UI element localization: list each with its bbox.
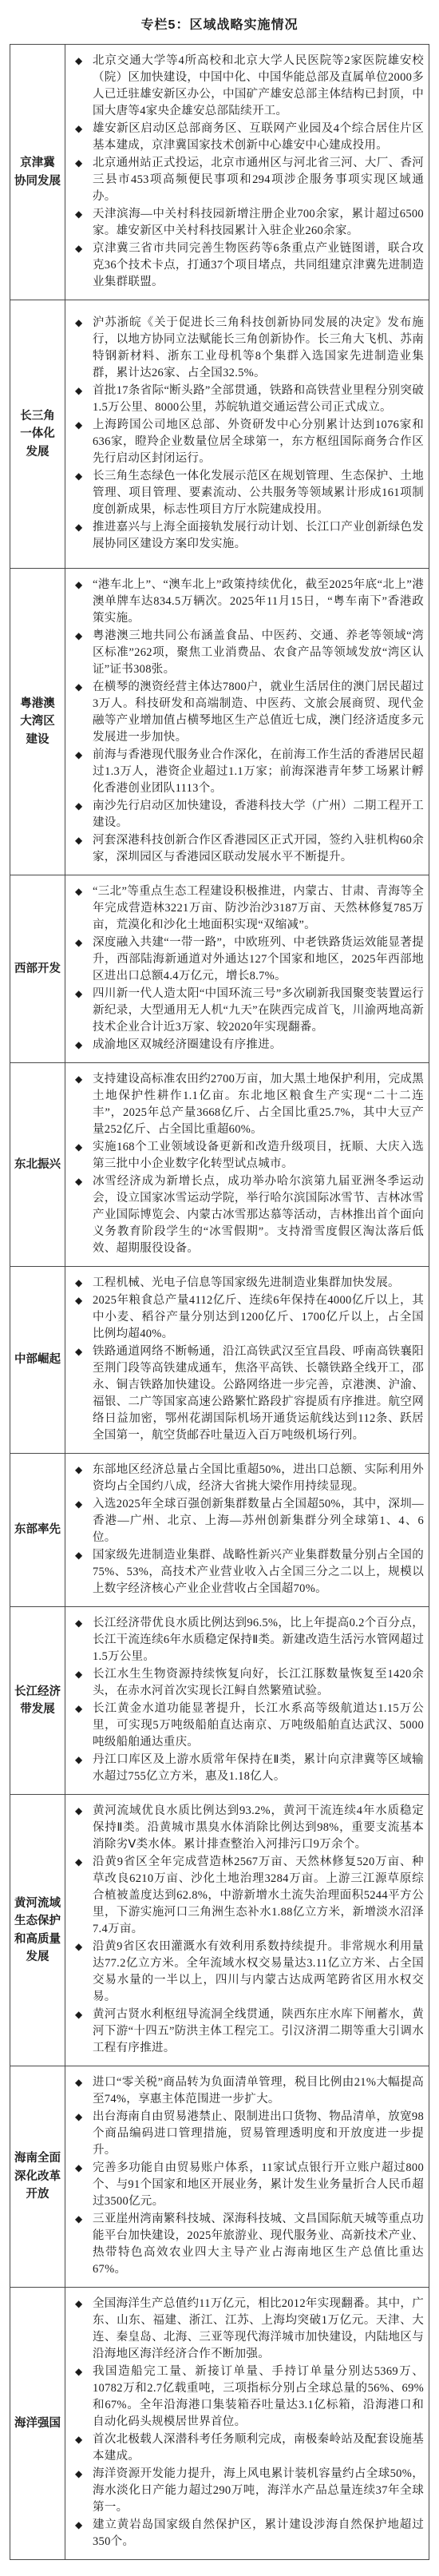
bullet-item: ◆ 铁路通道网络不断畅通，沿江高铁武汉至宜昌段、呼南高铁襄阳至荆门段等高铁建成通…: [72, 1344, 424, 1444]
diamond-bullet-icon: ◆: [72, 417, 93, 434]
diamond-bullet-icon: ◆: [72, 240, 93, 257]
bullet-item: ◆ 海洋资源开发能力提升，海上风电累计装机容量约占全球50%，海水淡化日产能力超…: [72, 2466, 424, 2516]
region-label: 海洋强国: [10, 2288, 65, 2560]
bullet-item: ◆ 北京交通大学等4所高校和北京大学人民医院等2家医院雄安校（院）区加快建设，中…: [72, 53, 424, 120]
bullet-list: ◆ 黄河流域优良水质比例达到93.2%，黄河干流连续4年水质稳定保持Ⅱ类。沿黄城…: [72, 1803, 424, 2057]
bullet-text: 出台海南自由贸易港禁止、限制进出口货物、物品清单，放宽98个商品编码进口管理措施…: [93, 2109, 424, 2159]
bullet-text: 全国海洋生产总值约11万亿元，相比2012年实现翻番。其中，广东、山东、福建、浙…: [93, 2296, 424, 2363]
bullet-text: 四川新一代人造太阳“中国环流三号”多次刷新我国聚变装置运行新纪录，大型通用无人机…: [93, 986, 424, 1036]
table-row: 粤港澳 大湾区 建设 ◆ “港车北上”、“澳车北上”政策持续优化，截至2025年…: [10, 569, 429, 875]
document-page: 专栏5：区域战略实施情况 京津冀 协同发展 ◆ 北京交通大学等4所高校和北京大学…: [0, 14, 439, 2560]
bullet-list: ◆ 东部地区经济总量占全国比重超50%，进出口总额、实际利用外资均占全国约八成，…: [72, 1462, 424, 1598]
diamond-bullet-icon: ◆: [72, 1666, 93, 1683]
table-row: 中部崛起 ◆ 工程机械、光电子信息等国家级先进制造业集群加快发展。 ◆ 2025…: [10, 1267, 429, 1454]
diamond-bullet-icon: ◆: [72, 1462, 93, 1479]
bullet-item: ◆ 东部地区经济总量占全国比重超50%，进出口总额、实际利用外资均占全国约八成，…: [72, 1462, 424, 1495]
bullet-text: 首次北极载人深潜科考任务顺利完成，南极秦岭站及配套设施基本建成。: [93, 2431, 424, 2465]
diamond-bullet-icon: ◆: [72, 679, 93, 696]
bullet-item: ◆ 粤港澳三地共同公布涵盖食品、中医药、交通、养老等领域“湾区标准”262项，聚…: [72, 628, 424, 678]
diamond-bullet-icon: ◆: [72, 798, 93, 815]
bullet-item: ◆ 沿黄9省区农田灌溉水有效利用系数持续提升。非常规水利用量达77.2亿立方米。…: [72, 1939, 424, 2006]
diamond-bullet-icon: ◆: [72, 2364, 93, 2380]
bullet-text: 黄河古贤水利枢纽导流洞全线贯通，陕西东庄水库下闸蓄水，黄河下游“十四五”防洪主体…: [93, 2006, 424, 2057]
diamond-bullet-icon: ◆: [72, 1615, 93, 1632]
table-row: 东北振兴 ◆ 支持建设高标准农田约2700万亩，加大黑土地保护利用，完成黑土地保…: [10, 1063, 429, 1267]
diamond-bullet-icon: ◆: [72, 2431, 93, 2448]
bullet-text: 在横琴的澳资经营主体达7800户，就业生活居住的澳门居民超过3万人。科技研发和高…: [93, 679, 424, 746]
region-label: 黄河流域 生态保护 和高质量 发展: [10, 1795, 65, 2066]
bullet-text: 长江经济带优良水质比例达到96.5%，比上年提高0.2个百分点，长江干流连续6年…: [93, 1615, 424, 1665]
region-content: ◆ 沪苏浙皖《关于促进长三角科技创新协同发展的决定》发布施行，以地方协同立法赋能…: [65, 300, 429, 569]
region-label: 西部开发: [10, 875, 65, 1063]
bullet-text: 沿黄9省区农田灌溉水有效利用系数持续提升。非常规水利用量达77.2亿立方米。全年…: [93, 1939, 424, 2006]
bullet-text: 北京交通大学等4所高校和北京大学人民医院等2家医院雄安校（院）区加快建设，中国中…: [93, 53, 424, 120]
bullet-item: ◆ 完善多功能自由贸易账户体系，11家试点银行开立账户超过800个、与91个国家…: [72, 2160, 424, 2210]
bullet-text: 首批17条省际“断头路”全部贯通，铁路和高铁营业里程分别突破1.5万公里、800…: [93, 383, 424, 416]
region-label: 中部崛起: [10, 1267, 65, 1454]
bullet-text: 国家级先进制造业集群、战略性新兴产业集群数量分别占全国的75%、53%，高技术产…: [93, 1547, 424, 1598]
bullet-item: ◆ 上海跨国公司地区总部、外资研发中心分别累计达到1076家和636家，瞪羚企业…: [72, 417, 424, 467]
bullet-item: ◆ 工程机械、光电子信息等国家级先进制造业集群加快发展。: [72, 1275, 424, 1292]
bullet-item: ◆ 在横琴的澳资经营主体达7800户，就业生活居住的澳门居民超过3万人。科技研发…: [72, 679, 424, 746]
bullet-text: 支持建设高标准农田约2700万亩，加大黑土地保护利用，完成黑土地保护性耕作1.1…: [93, 1071, 424, 1138]
diamond-bullet-icon: ◆: [72, 2466, 93, 2483]
diamond-bullet-icon: ◆: [72, 1292, 93, 1309]
bullet-item: ◆ 前海与香港现代服务业合作深化，在前海工作生活的香港居民超过1.3万人，港资企…: [72, 747, 424, 797]
region-label: 长江经济 带发展: [10, 1607, 65, 1795]
bullet-item: ◆ 我国造船完工量、新接订单量、手持订单量分别达5369万、10782万和2.7…: [72, 2364, 424, 2431]
diamond-bullet-icon: ◆: [72, 2160, 93, 2177]
bullet-item: ◆ 长江水生生物资源持续恢复向好，长江江豚数量恢复至1420余头，在赤水河首次实…: [72, 1666, 424, 1700]
bullet-item: ◆ 实施168个工业领域设备更新和改造升级项目，抚顺、大庆入选第三批中小企业数字…: [72, 1139, 424, 1173]
region-content: ◆ 工程机械、光电子信息等国家级先进制造业集群加快发展。 ◆ 2025年粮食总产…: [65, 1267, 429, 1454]
diamond-bullet-icon: ◆: [72, 53, 93, 69]
bullet-list: ◆ 北京交通大学等4所高校和北京大学人民医院等2家医院雄安校（院）区加快建设，中…: [72, 53, 424, 291]
diamond-bullet-icon: ◆: [72, 1547, 93, 1564]
bullet-item: ◆ 推进嘉兴与上海全面接轨发展行动计划、长江口产业创新绿色发展协同区建设方案印发…: [72, 519, 424, 553]
region-content: ◆ 黄河流域优良水质比例达到93.2%，黄河干流连续4年水质稳定保持Ⅱ类。沿黄城…: [65, 1795, 429, 2066]
bullet-list: ◆ “港车北上”、“澳车北上”政策持续优化，截至2025年底“北上”港澳单牌车达…: [72, 577, 424, 866]
bullet-item: ◆ 黄河古贤水利枢纽导流洞全线贯通，陕西东庄水库下闸蓄水，黄河下游“十四五”防洪…: [72, 2006, 424, 2057]
diamond-bullet-icon: ◆: [72, 577, 93, 593]
diamond-bullet-icon: ◆: [72, 1496, 93, 1513]
bullet-text: 成渝地区双城经济圈建设有序推进。: [93, 1037, 424, 1054]
bullet-item: ◆ 2025年粮食总产量4112亿斤、连续6年保持在4000亿斤以上，其中小麦、…: [72, 1292, 424, 1343]
bullet-text: 京津冀三省市共同完善生物医药等6条重点产业链图谱，联合攻克36个技术卡点，打通3…: [93, 240, 424, 291]
bullet-item: ◆ 入选2025年全球百强创新集群数量占全国超50%，其中，深圳—香港—广州、北…: [72, 1496, 424, 1546]
bullet-text: 进口“零关税”商品转为负面清单管理，税目比例由21%大幅提高至74%，享惠主体范…: [93, 2074, 424, 2108]
diamond-bullet-icon: ◆: [72, 1037, 93, 1054]
bullet-text: 粤港澳三地共同公布涵盖食品、中医药、交通、养老等领域“湾区标准”262项，聚焦工…: [93, 628, 424, 678]
diamond-bullet-icon: ◆: [72, 2211, 93, 2228]
bullet-list: ◆ 支持建设高标准农田约2700万亩，加大黑土地保护利用，完成黑土地保护性耕作1…: [72, 1071, 424, 1257]
table-row: 海南全面 深化改革 开放 ◆ 进口“零关税”商品转为负面清单管理，税目比例由21…: [10, 2066, 429, 2288]
bullet-item: ◆ 出台海南自由贸易港禁止、限制进出口货物、物品清单，放宽98个商品编码进口管理…: [72, 2109, 424, 2159]
page-title: 专栏5：区域战略实施情况: [0, 14, 439, 33]
bullet-list: ◆ 沪苏浙皖《关于促进长三角科技创新协同发展的决定》发布施行，以地方协同立法赋能…: [72, 315, 424, 553]
bullet-item: ◆ 北京通州站正式投运，北京市通州区与河北省三河、大厂、香河三县市453项高频便…: [72, 155, 424, 205]
bullet-item: ◆ 丹江口库区及上游水质常年保持在Ⅱ类，累计向京津冀等区域输水超过755亿立方米…: [72, 1752, 424, 1785]
diamond-bullet-icon: ◆: [72, 832, 93, 849]
diamond-bullet-icon: ◆: [72, 1071, 93, 1088]
diamond-bullet-icon: ◆: [72, 121, 93, 137]
diamond-bullet-icon: ◆: [72, 628, 93, 645]
table-row: 东部率先 ◆ 东部地区经济总量占全国比重超50%，进出口总额、实际利用外资均占全…: [10, 1454, 429, 1607]
bullet-item: ◆ 京津冀三省市共同完善生物医药等6条重点产业链图谱，联合攻克36个技术卡点，打…: [72, 240, 424, 291]
bullet-text: 2025年粮食总产量4112亿斤、连续6年保持在4000亿斤以上，其中小麦、稻谷…: [93, 1292, 424, 1343]
table-row: 长江经济 带发展 ◆ 长江经济带优良水质比例达到96.5%，比上年提高0.2个百…: [10, 1607, 429, 1795]
diamond-bullet-icon: ◆: [72, 2074, 93, 2091]
bullet-text: 上海跨国公司地区总部、外资研发中心分别累计达到1076家和636家，瞪羚企业数量…: [93, 417, 424, 467]
bullet-list: ◆ 长江经济带优良水质比例达到96.5%，比上年提高0.2个百分点，长江干流连续…: [72, 1615, 424, 1785]
bullet-text: 冰雪经济成为新增长点，成功举办哈尔滨第九届亚洲冬季运动会，设立国家冰雪运动学院，…: [93, 1173, 424, 1257]
bullet-item: ◆ 河套深港科技创新合作区香港园区正式开园，签约入驻机构60余家，深圳园区与香港…: [72, 832, 424, 866]
bullet-text: 长江黄金水道功能显著提升，长江水系高等级航道达1.15万公里，可实现5万吨级船舶…: [93, 1701, 424, 1751]
bullet-item: ◆ 支持建设高标准农田约2700万亩，加大黑土地保护利用，完成黑土地保护性耕作1…: [72, 1071, 424, 1138]
bullet-item: ◆ 四川新一代人造太阳“中国环流三号”多次刷新我国聚变装置运行新纪录，大型通用无…: [72, 986, 424, 1036]
table-row: 西部开发 ◆ “三北”等重点生态工程建设积极推进，内蒙古、甘肃、青海等全年完成营…: [10, 875, 429, 1063]
bullet-text: 建立黄岩岛国家级自然保护区，累计建设涉海自然保护地超过350个。: [93, 2517, 424, 2550]
diamond-bullet-icon: ◆: [72, 206, 93, 223]
bullet-item: ◆ 深度融入共建“一带一路”，中欧班列、中老铁路货运效能显著提升，西部陆海新通道…: [72, 935, 424, 985]
bullet-text: “港车北上”、“澳车北上”政策持续优化，截至2025年底“北上”港澳单牌车达83…: [93, 577, 424, 627]
diamond-bullet-icon: ◆: [72, 986, 93, 1002]
region-label: 京津冀 协同发展: [10, 45, 65, 300]
table-body: 京津冀 协同发展 ◆ 北京交通大学等4所高校和北京大学人民医院等2家医院雄安校（…: [10, 45, 429, 2560]
region-content: ◆ “港车北上”、“澳车北上”政策持续优化，截至2025年底“北上”港澳单牌车达…: [65, 569, 429, 875]
bullet-item: ◆ 天津滨海—中关村科技园新增注册企业700余家，累计超过6500家。雄安新区中…: [72, 206, 424, 240]
diamond-bullet-icon: ◆: [72, 1939, 93, 1955]
diamond-bullet-icon: ◆: [72, 468, 93, 485]
table-row: 海洋强国 ◆ 全国海洋生产总值约11万亿元，相比2012年实现翻番。其中，广东、…: [10, 2288, 429, 2560]
diamond-bullet-icon: ◆: [72, 315, 93, 331]
bullet-text: 入选2025年全球百强创新集群数量占全国超50%，其中，深圳—香港—广州、北京、…: [93, 1496, 424, 1546]
bullet-text: 推进嘉兴与上海全面接轨发展行动计划、长江口产业创新绿色发展协同区建设方案印发实施…: [93, 519, 424, 553]
bullet-item: ◆ 雄安新区启动区总部商务区、互联网产业园及4个综合居住片区基本建成，京津冀国家…: [72, 121, 424, 154]
bullet-item: ◆ 冰雪经济成为新增长点，成功举办哈尔滨第九届亚洲冬季运动会，设立国家冰雪运动学…: [72, 1173, 424, 1257]
bullet-text: 北京通州站正式投运，北京市通州区与河北省三河、大厂、香河三县市453项高频便民事…: [93, 155, 424, 205]
bullet-text: 我国造船完工量、新接订单量、手持订单量分别达5369万、10782万和2.7亿载…: [93, 2364, 424, 2431]
bullet-item: ◆ 全国海洋生产总值约11万亿元，相比2012年实现翻番。其中，广东、山东、福建…: [72, 2296, 424, 2363]
region-content: ◆ 支持建设高标准农田约2700万亩，加大黑土地保护利用，完成黑土地保护性耕作1…: [65, 1063, 429, 1267]
diamond-bullet-icon: ◆: [72, 1173, 93, 1190]
bullet-text: 完善多功能自由贸易账户体系，11家试点银行开立账户超过800个、与91个国家和地…: [93, 2160, 424, 2210]
region-label: 东部率先: [10, 1454, 65, 1607]
bullet-item: ◆ 沪苏浙皖《关于促进长三角科技创新协同发展的决定》发布施行，以地方协同立法赋能…: [72, 315, 424, 382]
bullet-item: ◆ 成渝地区双城经济圈建设有序推进。: [72, 1037, 424, 1054]
bullet-item: ◆ 首次北极载人深潜科考任务顺利完成，南极秦岭站及配套设施基本建成。: [72, 2431, 424, 2465]
region-label: 东北振兴: [10, 1063, 65, 1267]
region-content: ◆ 长江经济带优良水质比例达到96.5%，比上年提高0.2个百分点，长江干流连续…: [65, 1607, 429, 1795]
bullet-text: 天津滨海—中关村科技园新增注册企业700余家，累计超过6500家。雄安新区中关村…: [93, 206, 424, 240]
bullet-list: ◆ 全国海洋生产总值约11万亿元，相比2012年实现翻番。其中，广东、山东、福建…: [72, 2296, 424, 2550]
bullet-item: ◆ 沿黄9省区全年完成营造林2567万亩、天然林修复520万亩、种草改良6210…: [72, 1854, 424, 1938]
bullet-text: 雄安新区启动区总部商务区、互联网产业园及4个综合居住片区基本建成，京津冀国家技术…: [93, 121, 424, 154]
bullet-text: 前海与香港现代服务业合作深化，在前海工作生活的香港居民超过1.3万人，港资企业超…: [93, 747, 424, 797]
bullet-item: ◆ 长江黄金水道功能显著提升，长江水系高等级航道达1.15万公里，可实现5万吨级…: [72, 1701, 424, 1751]
bullet-item: ◆ “三北”等重点生态工程建设积极推进，内蒙古、甘肃、青海等全年完成营造林322…: [72, 883, 424, 934]
bullet-item: ◆ 建立黄岩岛国家级自然保护区，累计建设涉海自然保护地超过350个。: [72, 2517, 424, 2550]
region-strategy-table: 京津冀 协同发展 ◆ 北京交通大学等4所高校和北京大学人民医院等2家医院雄安校（…: [10, 44, 429, 2560]
diamond-bullet-icon: ◆: [72, 883, 93, 900]
diamond-bullet-icon: ◆: [72, 2296, 93, 2312]
diamond-bullet-icon: ◆: [72, 1752, 93, 1768]
bullet-list: ◆ 工程机械、光电子信息等国家级先进制造业集群加快发展。 ◆ 2025年粮食总产…: [72, 1275, 424, 1444]
diamond-bullet-icon: ◆: [72, 1701, 93, 1717]
region-content: ◆ “三北”等重点生态工程建设积极推进，内蒙古、甘肃、青海等全年完成营造林322…: [65, 875, 429, 1063]
bullet-text: 实施168个工业领域设备更新和改造升级项目，抚顺、大庆入选第三批中小企业数字化转…: [93, 1139, 424, 1173]
diamond-bullet-icon: ◆: [72, 1803, 93, 1820]
bullet-item: ◆ 首批17条省际“断头路”全部贯通，铁路和高铁营业里程分别突破1.5万公里、8…: [72, 383, 424, 416]
bullet-text: “三北”等重点生态工程建设积极推进，内蒙古、甘肃、青海等全年完成营造林3221万…: [93, 883, 424, 934]
diamond-bullet-icon: ◆: [72, 1344, 93, 1360]
diamond-bullet-icon: ◆: [72, 2006, 93, 2023]
bullet-text: 河套深港科技创新合作区香港园区正式开园，签约入驻机构60余家，深圳园区与香港园区…: [93, 832, 424, 866]
region-content: ◆ 进口“零关税”商品转为负面清单管理，税目比例由21%大幅提高至74%，享惠主…: [65, 2066, 429, 2288]
diamond-bullet-icon: ◆: [72, 519, 93, 536]
bullet-item: ◆ 长江经济带优良水质比例达到96.5%，比上年提高0.2个百分点，长江干流连续…: [72, 1615, 424, 1665]
diamond-bullet-icon: ◆: [72, 155, 93, 172]
bullet-item: ◆ 进口“零关税”商品转为负面清单管理，税目比例由21%大幅提高至74%，享惠主…: [72, 2074, 424, 2108]
bullet-item: ◆ 南沙先行启动区加快建设，香港科技大学（广州）二期工程开工建设。: [72, 798, 424, 832]
bullet-list: ◆ 进口“零关税”商品转为负面清单管理，税目比例由21%大幅提高至74%，享惠主…: [72, 2074, 424, 2278]
table-row: 长三角 一体化 发展 ◆ 沪苏浙皖《关于促进长三角科技创新协同发展的决定》发布施…: [10, 300, 429, 569]
diamond-bullet-icon: ◆: [72, 935, 93, 951]
region-content: ◆ 全国海洋生产总值约11万亿元，相比2012年实现翻番。其中，广东、山东、福建…: [65, 2288, 429, 2560]
bullet-text: 深度融入共建“一带一路”，中欧班列、中老铁路货运效能显著提升，西部陆海新通道对外…: [93, 935, 424, 985]
region-label: 粤港澳 大湾区 建设: [10, 569, 65, 875]
bullet-text: 长三角生态绿色一体化发展示范区在规划管理、生态保护、土地管理、项目管理、要素流动…: [93, 468, 424, 518]
bullet-text: 沪苏浙皖《关于促进长三角科技创新协同发展的决定》发布施行，以地方协同立法赋能长三…: [93, 315, 424, 382]
bullet-item: ◆ 长三角生态绿色一体化发展示范区在规划管理、生态保护、土地管理、项目管理、要素…: [72, 468, 424, 518]
bullet-item: ◆ “港车北上”、“澳车北上”政策持续优化，截至2025年底“北上”港澳单牌车达…: [72, 577, 424, 627]
bullet-text: 铁路通道网络不断畅通，沿江高铁武汉至宜昌段、呼南高铁襄阳至荆门段等高铁建成通车，…: [93, 1344, 424, 1444]
diamond-bullet-icon: ◆: [72, 2517, 93, 2534]
diamond-bullet-icon: ◆: [72, 747, 93, 764]
bullet-item: ◆ 黄河流域优良水质比例达到93.2%，黄河干流连续4年水质稳定保持Ⅱ类。沿黄城…: [72, 1803, 424, 1853]
table-row: 黄河流域 生态保护 和高质量 发展 ◆ 黄河流域优良水质比例达到93.2%，黄河…: [10, 1795, 429, 2066]
bullet-item: ◆ 三亚崖州湾南繁科技城、深海科技城、文昌国际航天城等重点功能平台加快建设，20…: [72, 2211, 424, 2278]
bullet-list: ◆ “三北”等重点生态工程建设积极推进，内蒙古、甘肃、青海等全年完成营造林322…: [72, 883, 424, 1054]
region-label: 海南全面 深化改革 开放: [10, 2066, 65, 2288]
diamond-bullet-icon: ◆: [72, 1139, 93, 1156]
diamond-bullet-icon: ◆: [72, 1854, 93, 1871]
bullet-text: 长江水生生物资源持续恢复向好，长江江豚数量恢复至1420余头，在赤水河首次实现长…: [93, 1666, 424, 1700]
region-content: ◆ 东部地区经济总量占全国比重超50%，进出口总额、实际利用外资均占全国约八成，…: [65, 1454, 429, 1607]
bullet-item: ◆ 国家级先进制造业集群、战略性新兴产业集群数量分别占全国的75%、53%，高技…: [72, 1547, 424, 1598]
bullet-text: 黄河流域优良水质比例达到93.2%，黄河干流连续4年水质稳定保持Ⅱ类。沿黄城市黑…: [93, 1803, 424, 1853]
bullet-text: 南沙先行启动区加快建设，香港科技大学（广州）二期工程开工建设。: [93, 798, 424, 832]
bullet-text: 三亚崖州湾南繁科技城、深海科技城、文昌国际航天城等重点功能平台加快建设，2025…: [93, 2211, 424, 2278]
table-row: 京津冀 协同发展 ◆ 北京交通大学等4所高校和北京大学人民医院等2家医院雄安校（…: [10, 45, 429, 300]
diamond-bullet-icon: ◆: [72, 383, 93, 399]
diamond-bullet-icon: ◆: [72, 2109, 93, 2125]
region-content: ◆ 北京交通大学等4所高校和北京大学人民医院等2家医院雄安校（院）区加快建设，中…: [65, 45, 429, 300]
bullet-text: 丹江口库区及上游水质常年保持在Ⅱ类，累计向京津冀等区域输水超过755亿立方米，惠…: [93, 1752, 424, 1785]
region-label: 长三角 一体化 发展: [10, 300, 65, 569]
bullet-text: 沿黄9省区全年完成营造林2567万亩、天然林修复520万亩、种草改良6210万亩…: [93, 1854, 424, 1938]
bullet-text: 东部地区经济总量占全国比重超50%，进出口总额、实际利用外资均占全国约八成，经济…: [93, 1462, 424, 1495]
diamond-bullet-icon: ◆: [72, 1275, 93, 1292]
bullet-text: 海洋资源开发能力提升，海上风电累计装机容量约占全球50%，海水淡化日产能力超过2…: [93, 2466, 424, 2516]
bullet-text: 工程机械、光电子信息等国家级先进制造业集群加快发展。: [93, 1275, 424, 1292]
